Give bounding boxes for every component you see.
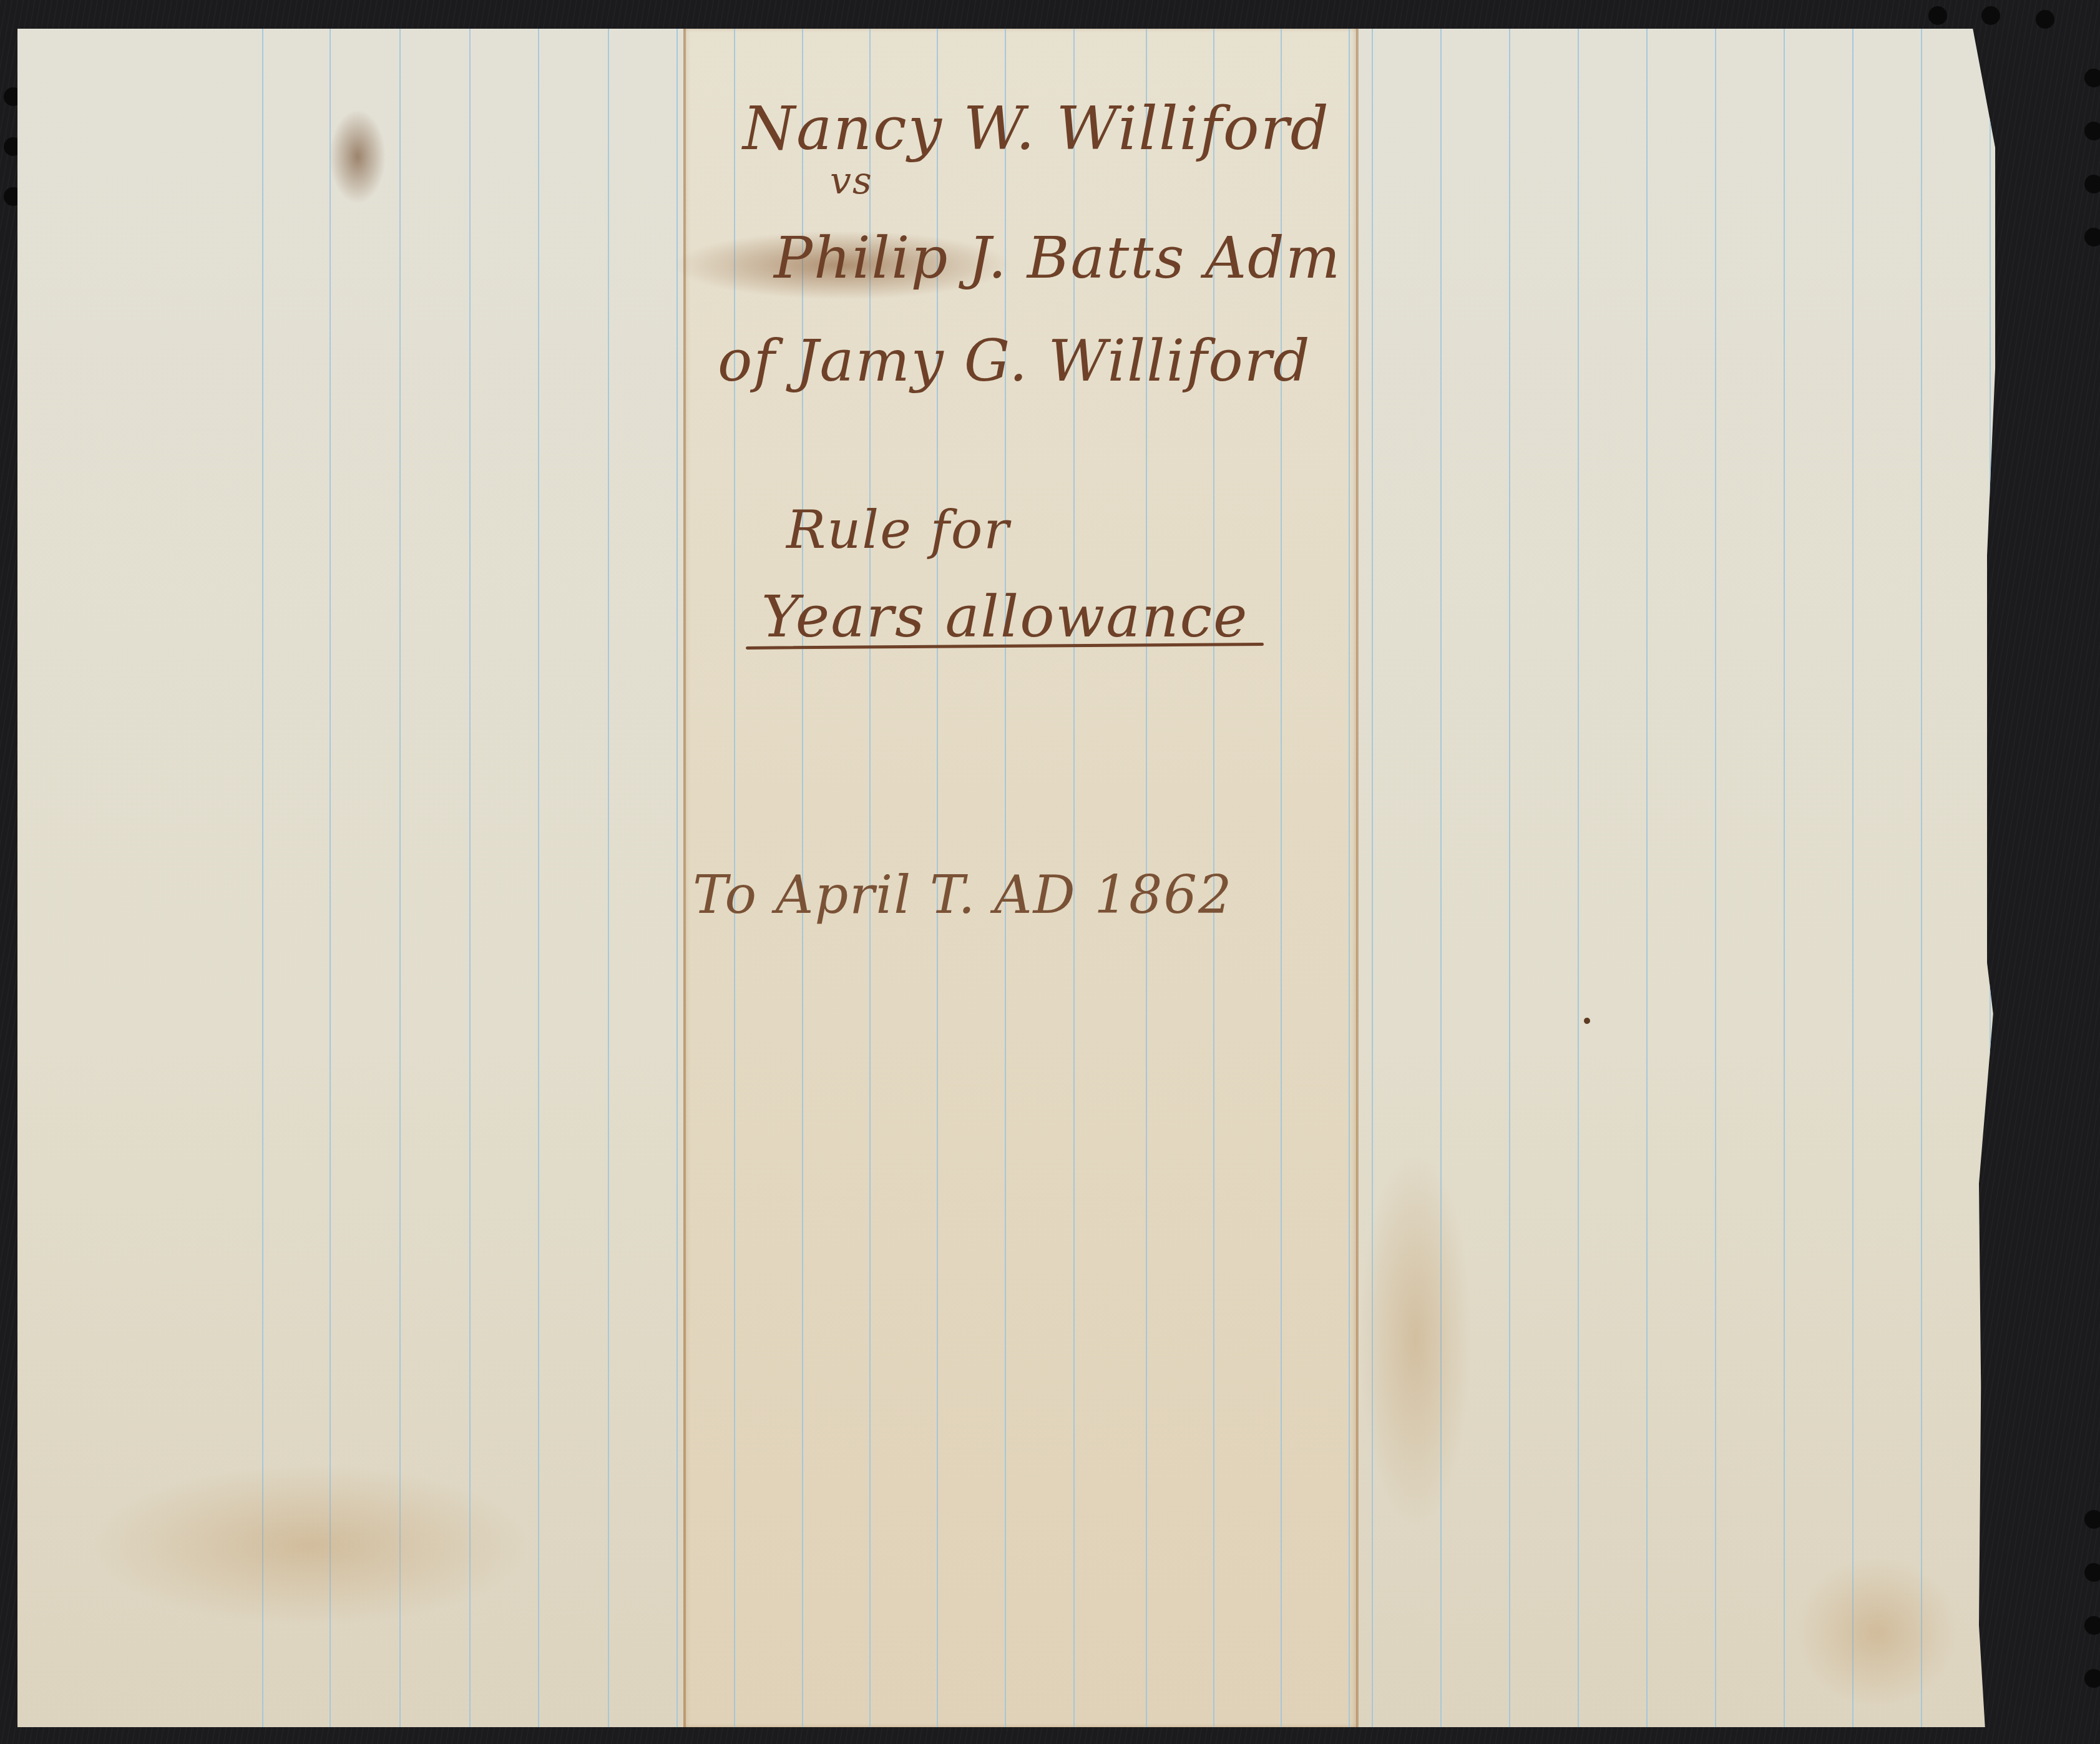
perforation-hole (2084, 69, 2100, 87)
ruled-line (1578, 29, 1579, 1727)
perforation-hole (2084, 122, 2100, 140)
ruled-line (608, 29, 609, 1727)
fold-crease-right (1356, 29, 1359, 1727)
ruled-line (1852, 29, 1853, 1727)
ruled-line (1509, 29, 1510, 1727)
perforation-hole (2084, 1616, 2100, 1635)
water-stain (92, 1464, 529, 1626)
docket-date: To April T. AD 1862 (693, 864, 1233, 925)
ruled-line (469, 29, 471, 1727)
ruled-line (538, 29, 539, 1727)
perforation-hole (2084, 228, 2100, 246)
ruled-line (1715, 29, 1716, 1727)
subject-text: Years allowance (761, 583, 1248, 650)
ruled-line (1921, 29, 1922, 1727)
ruled-line (1349, 29, 1350, 1727)
plaintiff-name: Nancy W. Williford (743, 94, 1330, 163)
ink-speck (1584, 1018, 1590, 1024)
perforation-hole (2084, 1669, 2100, 1688)
water-stain (1796, 1557, 1958, 1707)
estate-text: of Jamy G. Williford (718, 328, 1311, 394)
ruled-line (1784, 29, 1785, 1727)
perforation-hole (2036, 10, 2054, 29)
perforation-hole (1928, 6, 1947, 25)
water-stain (1359, 1152, 1472, 1526)
fold-crease-left (683, 29, 686, 1727)
rule-for-text: Rule for (786, 499, 1010, 560)
perforation-hole (2084, 1563, 2100, 1582)
ruled-line (676, 29, 678, 1727)
ruled-line (1646, 29, 1648, 1727)
versus-text: vs (830, 159, 873, 203)
perforation-hole (1981, 6, 2000, 25)
perforation-hole (2084, 175, 2100, 193)
ink-blot (330, 110, 386, 203)
ruled-line (1372, 29, 1373, 1727)
perforation-hole (2084, 1510, 2100, 1529)
defendant-name: Philip J. Batts Adm (774, 225, 1341, 291)
